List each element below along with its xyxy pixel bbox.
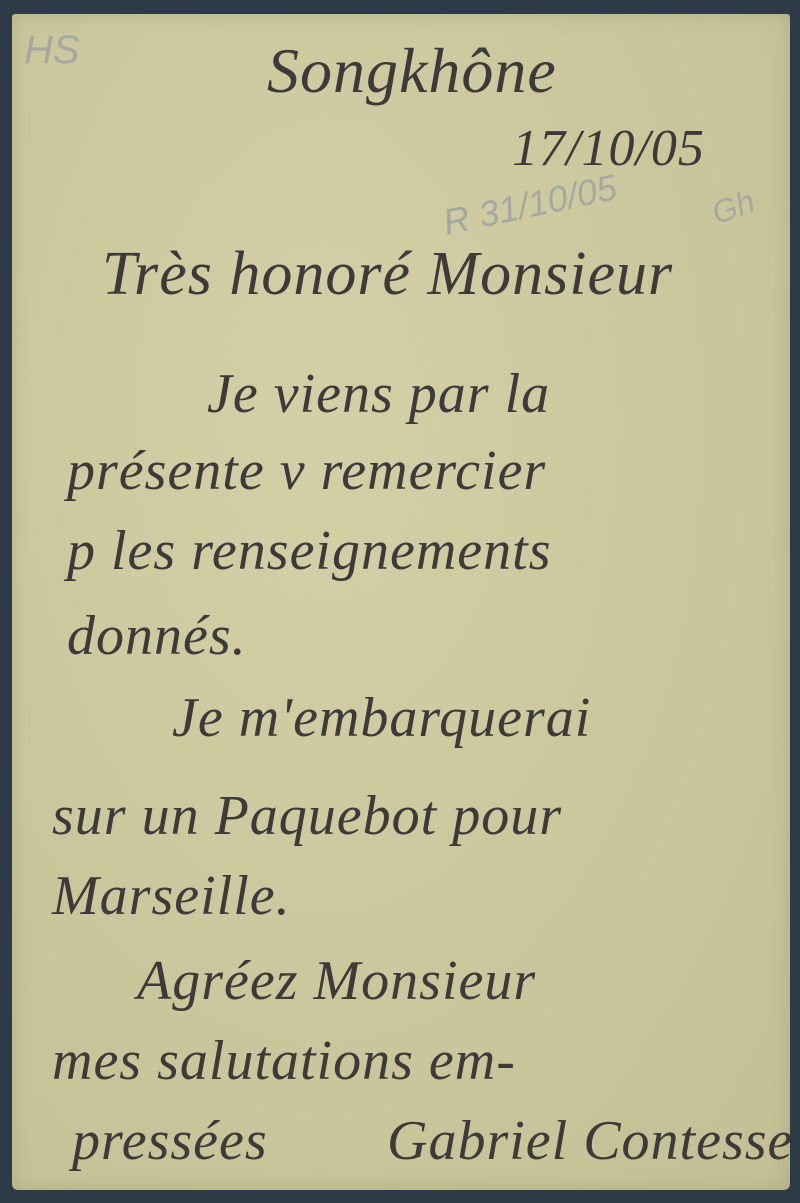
body-line: Je m'embarquerai	[172, 686, 591, 750]
body-line: Marseille.	[52, 864, 291, 928]
body-line: sur un Paquebot pour	[52, 784, 562, 848]
place-name: Songkhône	[267, 34, 557, 108]
received-initials: Gh	[707, 183, 760, 232]
signature: Gabriel Contesse	[387, 1109, 793, 1173]
letter-card: HS Songkhône 17/10/05 R 31/10/05 Gh Très…	[12, 14, 790, 1190]
body-line: Je viens par la	[207, 362, 550, 426]
salutation: Très honoré Monsieur	[102, 239, 673, 310]
body-line: présente v remercier	[67, 439, 546, 503]
body-line: donnés.	[67, 604, 247, 668]
body-line: pressées	[72, 1109, 268, 1173]
body-line: p les renseignements	[67, 519, 552, 583]
body-line: Agréez Monsieur	[137, 949, 536, 1013]
body-line: mes salutations em-	[52, 1029, 516, 1093]
corner-initials-annotation: HS	[24, 28, 80, 73]
